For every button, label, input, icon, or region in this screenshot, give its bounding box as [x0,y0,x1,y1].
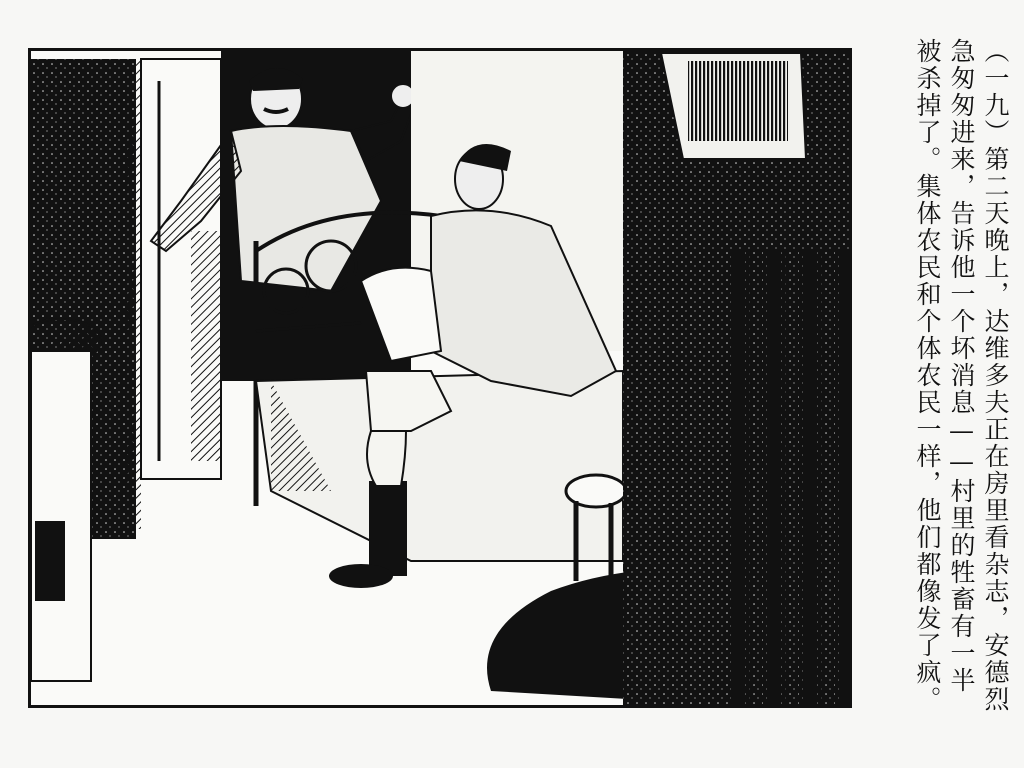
door [141,59,221,479]
framed-picture [661,53,806,159]
caption-text: （一九）第二天晚上，达维多夫正在房里看杂志，安德烈急匆匆进来，告诉他一个坏消息—… [862,38,1012,718]
comic-panel [28,48,852,708]
illustration [31,51,849,705]
left-table [31,319,101,681]
